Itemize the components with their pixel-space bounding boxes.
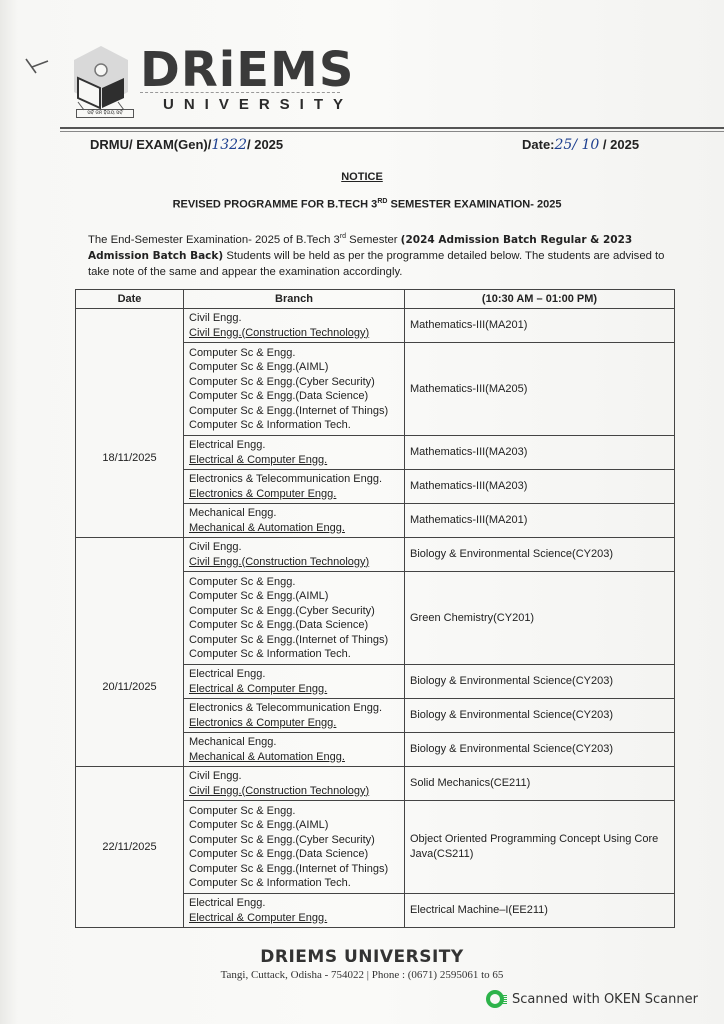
logo-wordmark: DRiEMS bbox=[140, 42, 354, 98]
branch-cell: Electrical Engg.Electrical & Computer En… bbox=[184, 436, 405, 470]
branch-name: Electronics & Telecommunication Engg. bbox=[189, 472, 399, 487]
date-label: Date: bbox=[522, 137, 555, 152]
date-handwritten: 25/ 10 bbox=[555, 137, 600, 153]
notice-intro: The End-Semester Examination- 2025 of B.… bbox=[88, 229, 666, 280]
branch-name: Electrical & Computer Engg. bbox=[189, 453, 399, 468]
scanner-text: Scanned with OKEN Scanner bbox=[512, 992, 698, 1007]
branch-name: Electrical Engg. bbox=[189, 896, 399, 911]
intro-text-2: Semester bbox=[346, 234, 401, 246]
subject-cell: Mathematics-III(MA201) bbox=[405, 504, 675, 538]
exam-date-cell: 18/11/2025 bbox=[76, 309, 184, 538]
intro-text-1: The End-Semester Examination- 2025 of B.… bbox=[88, 234, 340, 246]
table-body: 18/11/2025Civil Engg.Civil Engg.(Constru… bbox=[76, 309, 675, 928]
reference-prefix: DRMU/ EXAM(Gen)/ bbox=[90, 137, 211, 152]
branch-name: Electrical & Computer Engg. bbox=[189, 911, 399, 926]
branch-name: Mechanical Engg. bbox=[189, 506, 399, 521]
branch-name: Computer Sc & Information Tech. bbox=[189, 647, 399, 662]
branch-cell: Mechanical Engg.Mechanical & Automation … bbox=[184, 733, 405, 767]
branch-cell: Electrical Engg.Electrical & Computer En… bbox=[184, 665, 405, 699]
branch-name: Computer Sc & Engg.(AIML) bbox=[189, 360, 399, 375]
header-rule bbox=[60, 127, 724, 129]
branch-name: Computer Sc & Engg.(Data Science) bbox=[189, 389, 399, 404]
branch-cell: Mechanical Engg.Mechanical & Automation … bbox=[184, 504, 405, 538]
branch-name: Mechanical & Automation Engg. bbox=[189, 521, 399, 536]
table-row: 20/11/2025Civil Engg.Civil Engg.(Constru… bbox=[76, 538, 675, 572]
branch-cell: Computer Sc & Engg.Computer Sc & Engg.(A… bbox=[184, 343, 405, 436]
subject-prefix: REVISED PROGRAMME FOR B.TECH 3 bbox=[173, 199, 378, 211]
table-row: 18/11/2025Civil Engg.Civil Engg.(Constru… bbox=[76, 309, 675, 343]
branch-name: Computer Sc & Engg.(Internet of Things) bbox=[189, 404, 399, 419]
branch-name: Computer Sc & Engg. bbox=[189, 575, 399, 590]
subject-cell: Biology & Environmental Science(CY203) bbox=[405, 699, 675, 733]
branch-name: Electronics & Computer Engg. bbox=[189, 487, 399, 502]
branch-name: Computer Sc & Engg.(Cyber Security) bbox=[189, 375, 399, 390]
branch-name: Computer Sc & Engg.(Cyber Security) bbox=[189, 604, 399, 619]
pen-mark-icon bbox=[22, 55, 52, 85]
subject-cell: Solid Mechanics(CE211) bbox=[405, 767, 675, 801]
logo-subtitle: UNIVERSITY bbox=[163, 96, 353, 113]
reference-suffix: / 2025 bbox=[247, 137, 283, 152]
header-branch: Branch bbox=[184, 290, 405, 309]
branch-name: Computer Sc & Information Tech. bbox=[189, 418, 399, 433]
table-header-row: Date Branch (10:30 AM – 01:00 PM) bbox=[76, 290, 675, 309]
branch-name: Computer Sc & Engg.(Data Science) bbox=[189, 618, 399, 633]
branch-cell: Civil Engg.Civil Engg.(Construction Tech… bbox=[184, 767, 405, 801]
subject-cell: Biology & Environmental Science(CY203) bbox=[405, 538, 675, 572]
notice-heading: NOTICE bbox=[0, 171, 724, 183]
header-time-slot: (10:30 AM – 01:00 PM) bbox=[405, 290, 675, 309]
subject-cell: Mathematics-III(MA201) bbox=[405, 309, 675, 343]
reference-handwritten: 1322 bbox=[211, 137, 247, 153]
branch-name: Electrical Engg. bbox=[189, 438, 399, 453]
branch-name: Civil Engg.(Construction Technology) bbox=[189, 326, 399, 341]
subject-superscript: RD bbox=[377, 198, 387, 205]
branch-name: Computer Sc & Engg. bbox=[189, 346, 399, 361]
branch-name: Computer Sc & Engg.(Data Science) bbox=[189, 847, 399, 862]
branch-name: Civil Engg. bbox=[189, 540, 399, 555]
branch-name: Electrical & Computer Engg. bbox=[189, 682, 399, 697]
oken-scanner-logo-icon bbox=[486, 990, 504, 1008]
branch-name: Computer Sc & Engg.(Internet of Things) bbox=[189, 633, 399, 648]
branch-name: Computer Sc & Engg.(Internet of Things) bbox=[189, 862, 399, 877]
logo-motto: ସର୍ବ ଜନ ହିତାୟ ସର୍ବ bbox=[76, 109, 134, 118]
subject-suffix: SEMESTER EXAMINATION- 2025 bbox=[387, 199, 561, 211]
exam-schedule-table: Date Branch (10:30 AM – 01:00 PM) 18/11/… bbox=[75, 289, 675, 928]
branch-cell: Electronics & Telecommunication Engg.Ele… bbox=[184, 470, 405, 504]
branch-name: Computer Sc & Engg.(AIML) bbox=[189, 818, 399, 833]
header-date: Date bbox=[76, 290, 184, 309]
exam-date-cell: 20/11/2025 bbox=[76, 538, 184, 767]
subject-cell: Mathematics-III(MA203) bbox=[405, 436, 675, 470]
subject-cell: Green Chemistry(CY201) bbox=[405, 572, 675, 665]
subject-cell: Mathematics-III(MA205) bbox=[405, 343, 675, 436]
branch-name: Mechanical & Automation Engg. bbox=[189, 750, 399, 765]
header-rule-thin bbox=[60, 131, 724, 132]
footer-university-name: DRIEMS UNIVERSITY bbox=[0, 947, 724, 967]
exam-date-cell: 22/11/2025 bbox=[76, 767, 184, 928]
date-suffix: / 2025 bbox=[599, 137, 639, 152]
branch-cell: Civil Engg.Civil Engg.(Construction Tech… bbox=[184, 538, 405, 572]
reference-number: DRMU/ EXAM(Gen)/1322/ 2025 bbox=[90, 137, 283, 153]
branch-name: Computer Sc & Engg. bbox=[189, 804, 399, 819]
branch-name: Civil Engg. bbox=[189, 769, 399, 784]
branch-name: Civil Engg. bbox=[189, 311, 399, 326]
logo-divider bbox=[140, 92, 340, 93]
branch-name: Civil Engg.(Construction Technology) bbox=[189, 784, 399, 799]
subject-cell: Electrical Machine–I(EE211) bbox=[405, 894, 675, 928]
branch-name: Mechanical Engg. bbox=[189, 735, 399, 750]
branch-name: Computer Sc & Engg.(AIML) bbox=[189, 589, 399, 604]
scanner-watermark: Scanned with OKEN Scanner bbox=[486, 990, 698, 1008]
branch-name: Civil Engg.(Construction Technology) bbox=[189, 555, 399, 570]
subject-cell: Object Oriented Programming Concept Usin… bbox=[405, 801, 675, 894]
notice-subject: REVISED PROGRAMME FOR B.TECH 3RD SEMESTE… bbox=[0, 198, 724, 211]
branch-cell: Computer Sc & Engg.Computer Sc & Engg.(A… bbox=[184, 572, 405, 665]
branch-name: Electrical Engg. bbox=[189, 667, 399, 682]
branch-cell: Computer Sc & Engg.Computer Sc & Engg.(A… bbox=[184, 801, 405, 894]
branch-name: Computer Sc & Information Tech. bbox=[189, 876, 399, 891]
branch-name: Computer Sc & Engg.(Cyber Security) bbox=[189, 833, 399, 848]
branch-cell: Electrical Engg.Electrical & Computer En… bbox=[184, 894, 405, 928]
branch-cell: Electronics & Telecommunication Engg.Ele… bbox=[184, 699, 405, 733]
subject-cell: Biology & Environmental Science(CY203) bbox=[405, 665, 675, 699]
footer-address: Tangi, Cuttack, Odisha - 754022 | Phone … bbox=[0, 969, 724, 981]
table-row: 22/11/2025Civil Engg.Civil Engg.(Constru… bbox=[76, 767, 675, 801]
branch-name: Electronics & Computer Engg. bbox=[189, 716, 399, 731]
subject-cell: Mathematics-III(MA203) bbox=[405, 470, 675, 504]
subject-cell: Biology & Environmental Science(CY203) bbox=[405, 733, 675, 767]
branch-name: Electronics & Telecommunication Engg. bbox=[189, 701, 399, 716]
branch-cell: Civil Engg.Civil Engg.(Construction Tech… bbox=[184, 309, 405, 343]
notice-date: Date:25/ 10 / 2025 bbox=[522, 137, 639, 153]
